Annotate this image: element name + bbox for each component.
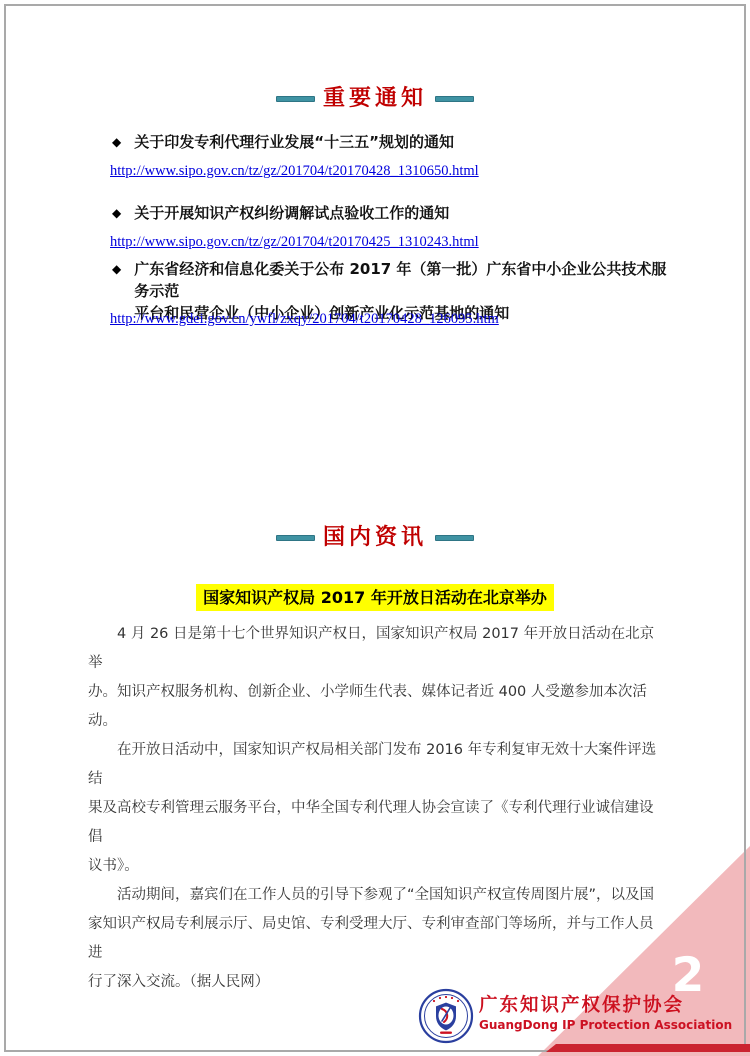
section-header-news: 国内资讯 [0,523,750,553]
article-headline-row: 国家知识产权局 2017 年开放日活动在北京举办 [0,584,750,611]
notice-item: ◆ 关于开展知识产权纠纷调解试点验收工作的通知 [112,202,672,224]
notice-item-link[interactable]: http://www.sipo.gov.cn/tz/gz/201704/t201… [110,163,479,180]
association-name-cn: 广东知识产权保护协会 [479,991,684,1017]
association-emblem-icon [418,988,474,1044]
notice-item-title: 关于印发专利代理行业发展“十三五”规划的通知 [134,131,454,153]
article-paragraph: 4 月 26 日是第十七个世界知识产权日，国家知识产权局 2017 年开放日活动… [88,620,666,736]
diamond-bullet-icon: ◆ [112,131,121,153]
header-dash-left-icon [276,535,315,541]
header-dash-left-icon [276,96,315,102]
notice-item-link[interactable]: http://www.sipo.gov.cn/tz/gz/201704/t201… [110,234,479,251]
document-page: 2 重要通知 ◆ 关于印发专利代理行业发展“十三五”规划的通知 http://w… [0,0,750,1056]
association-name-en: GuangDong IP Protection Association [479,1018,732,1032]
notice-item-title: 关于开展知识产权纠纷调解试点验收工作的通知 [134,202,449,224]
article-headline: 国家知识产权局 2017 年开放日活动在北京举办 [196,584,554,611]
article-body: 4 月 26 日是第十七个世界知识产权日，国家知识产权局 2017 年开放日活动… [88,620,666,997]
section-title-notices: 重要通知 [323,84,427,114]
page-number: 2 [666,948,710,1004]
article-paragraph: 在开放日活动中，国家知识产权局相关部门发布 2016 年专利复审无效十大案件评选… [88,736,666,881]
header-dash-right-icon [435,535,474,541]
article-paragraph: 活动期间，嘉宾们在工作人员的引导下参观了“全国知识产权宣传周图片展”，以及国 家… [88,881,666,997]
notice-item: ◆ 关于印发专利代理行业发展“十三五”规划的通知 [112,131,672,153]
notice-item-link[interactable]: http://www.gdei.gov.cn/ywfl/zxqy/201704/… [110,311,499,328]
section-header-notices: 重要通知 [0,84,750,114]
corner-strip-decoration [546,1044,750,1052]
section-title-news: 国内资讯 [323,523,427,553]
header-dash-right-icon [435,96,474,102]
diamond-bullet-icon: ◆ [112,202,121,224]
